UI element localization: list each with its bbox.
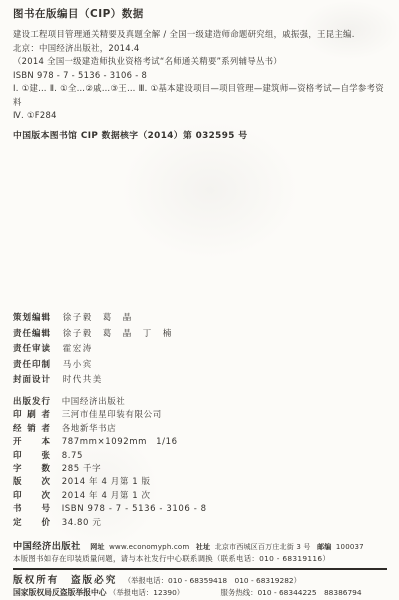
copyright-report-phones: （举报电话：010 - 68359418 010 - 68319282） (124, 576, 301, 585)
footer-publisher-name: 中国经济出版社 (13, 541, 81, 552)
pub-value: 2014 年 4 月第 1 版 (62, 477, 151, 487)
scan-artifact (120, 120, 300, 260)
footer-divider (13, 568, 387, 570)
footer-block: 中国经济出版社 网址 www.economyph.com 社址 北京市西城区百万… (13, 541, 389, 599)
staff-row-planning-editor: 策划编辑 徐子毅 葛 晶 (13, 311, 173, 327)
pub-row-sheets: 印张 8.75 (13, 450, 207, 463)
staff-value: 马小宾 (63, 360, 93, 370)
pub-value: 285 千字 (62, 464, 102, 474)
staff-row-cover-design: 封面设计 时代共美 (13, 373, 173, 389)
pub-label: 定价 (13, 517, 50, 530)
cip-isbn-line: ISBN 978 - 7 - 5136 - 3106 - 8 (13, 69, 391, 83)
staff-value: 时代共美 (63, 375, 103, 385)
website-label: 网址 (90, 543, 104, 551)
pub-value: 三河市佳星印装有限公司 (62, 410, 162, 420)
footer-copyright-line: 版权所有 盗版必究 （举报电话：010 - 68359418 010 - 683… (13, 574, 389, 587)
staff-label: 封面设计 (13, 375, 51, 385)
pub-row-format: 开本 787mm×1092mm 1/16 (13, 436, 207, 449)
staff-row-print-supervisor: 责任印制 马小宾 (13, 358, 173, 374)
pub-value: 2014 年 4 月第 1 次 (62, 491, 151, 501)
pub-row-word-count: 字数 285 千字 (13, 463, 207, 476)
pub-row-impression: 印次 2014 年 4 月第 1 次 (13, 490, 207, 503)
website-url: www.economyph.com (109, 543, 189, 551)
cip-description-line: 建设工程项目管理通关精要及真题全解 / 全国一级建造师命题研究组，戚振强，王昆主… (13, 28, 391, 42)
service-hotline: 服务热线：010 - 68344225 88386794 (221, 588, 362, 597)
publication-block: 出版发行 中国经济出版社 印刷者 三河市佳星印装有限公司 经销者 各地新华书店 … (13, 396, 207, 530)
pub-label: 经销者 (13, 423, 50, 436)
pub-row-isbn: 书号 ISBN 978 - 7 - 5136 - 3106 - 8 (13, 503, 207, 516)
piracy-center-name: 国家版权局反盗版举报中心 (13, 588, 107, 597)
postcode-value: 100037 (336, 543, 364, 551)
footer-quality-notice: 本版图书如存在印装质量问题，请与本社发行中心联系调换（联系电话：010 - 68… (13, 553, 389, 565)
pub-label: 印刷者 (13, 409, 50, 422)
staff-label: 策划编辑 (13, 313, 51, 323)
copyright-statement: 版权所有 盗版必究 (13, 575, 117, 586)
pub-label: 字数 (13, 463, 50, 476)
cip-block: 图书在版编目（CIP）数据 建设工程项目管理通关精要及真题全解 / 全国一级建造… (13, 6, 391, 141)
postcode-label: 邮编 (317, 543, 331, 551)
piracy-report-phone: （举报电话：12390） (109, 588, 184, 597)
pub-value: ISBN 978 - 7 - 5136 - 3106 - 8 (62, 504, 207, 514)
pub-value: 787mm×1092mm 1/16 (62, 437, 178, 447)
pub-label: 印次 (13, 490, 50, 503)
cip-title: 图书在版编目（CIP）数据 (13, 6, 391, 21)
footer-publisher-line: 中国经济出版社 网址 www.economyph.com 社址 北京市西城区百万… (13, 541, 389, 553)
cip-record-number: 中国版本图书馆 CIP 数据核字（2014）第 032595 号 (13, 128, 391, 141)
staff-value: 徐子毅 葛 晶 丁 楠 (63, 329, 173, 339)
staff-label: 责任审读 (13, 344, 51, 354)
cip-publisher-line: 北京：中国经济出版社，2014.4 (13, 42, 391, 56)
staff-block: 策划编辑 徐子毅 葛 晶 责任编辑 徐子毅 葛 晶 丁 楠 责任审读 霍宏涛 责… (13, 311, 173, 389)
staff-row-reviewer: 责任审读 霍宏涛 (13, 342, 173, 358)
staff-label: 责任印制 (13, 360, 51, 370)
address-text: 北京市西城区百万庄北街 3 号 (215, 543, 311, 551)
pub-label: 印张 (13, 450, 50, 463)
staff-value: 徐子毅 葛 晶 (63, 313, 133, 323)
staff-label: 责任编辑 (13, 329, 51, 339)
pub-row-publisher: 出版发行 中国经济出版社 (13, 396, 207, 409)
pub-label: 出版发行 (13, 396, 50, 409)
pub-row-price: 定价 34.80 元 (13, 517, 207, 530)
cip-classification-code: Ⅳ. ①F284 (13, 109, 391, 123)
pub-label: 开本 (13, 436, 50, 449)
cip-series-line: （2014 全国一级建造师执业资格考试“名师通关精要”系列辅导丛书） (13, 55, 391, 69)
pub-label: 版次 (13, 476, 50, 489)
footer-piracy-line: 国家版权局反盗版举报中心 （举报电话：12390） 服务热线：010 - 683… (13, 587, 389, 599)
staff-value: 霍宏涛 (63, 344, 93, 354)
staff-row-responsible-editor: 责任编辑 徐子毅 葛 晶 丁 楠 (13, 327, 173, 343)
pub-value: 各地新华书店 (62, 424, 117, 434)
book-copyright-page: 图书在版编目（CIP）数据 建设工程项目管理通关精要及真题全解 / 全国一级建造… (0, 0, 399, 600)
pub-value: 34.80 元 (62, 518, 102, 528)
pub-label: 书号 (13, 503, 50, 516)
pub-value: 中国经济出版社 (62, 397, 126, 407)
pub-row-distributor: 经销者 各地新华书店 (13, 423, 207, 436)
address-label: 社址 (196, 543, 210, 551)
pub-row-edition: 版次 2014 年 4 月第 1 版 (13, 476, 207, 489)
pub-value: 8.75 (62, 451, 83, 461)
cip-classification-line: Ⅰ. ①建… Ⅱ. ①全…②戚…③王… Ⅲ. ①基本建设项目—项目管理—建筑师—… (13, 82, 391, 109)
pub-row-printer: 印刷者 三河市佳星印装有限公司 (13, 409, 207, 422)
